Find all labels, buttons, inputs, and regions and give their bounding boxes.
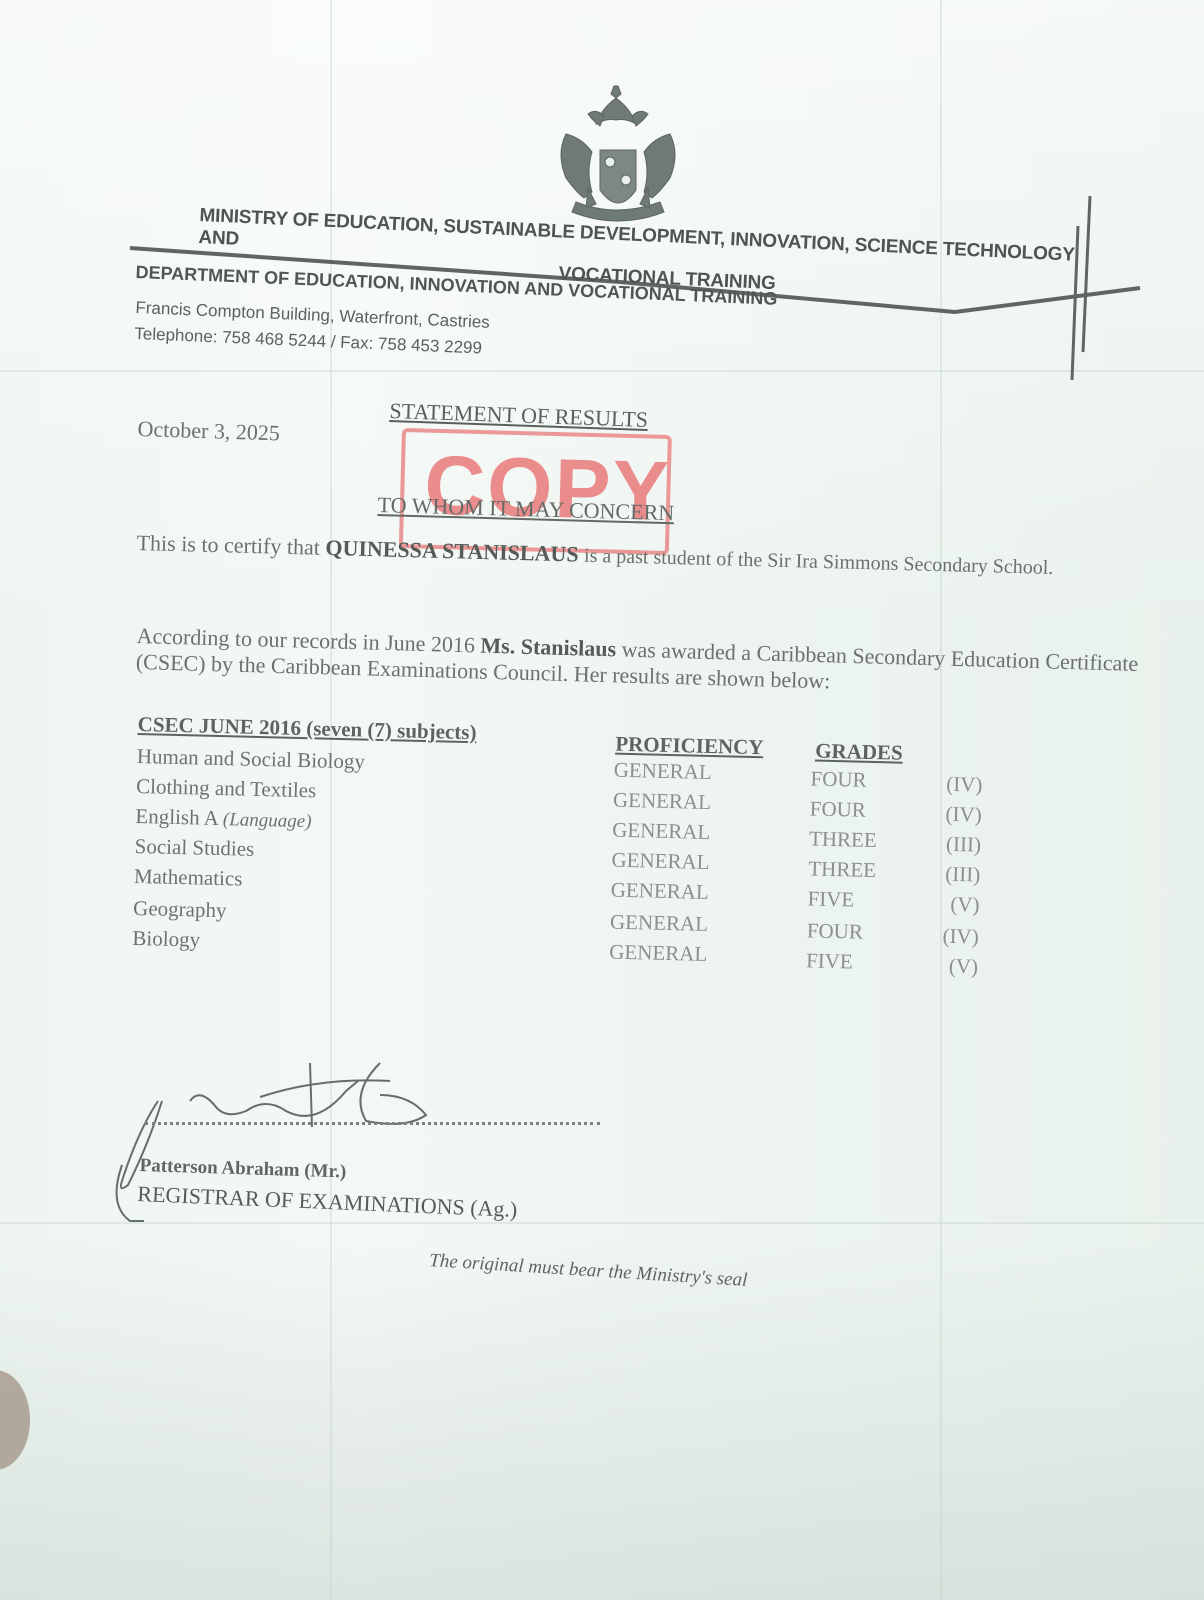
grade-roman: (V): [902, 953, 979, 980]
proficiency-value: GENERAL: [610, 878, 709, 905]
grade-word: FOUR: [807, 918, 864, 944]
subject-name: Clothing and Textiles: [136, 774, 317, 803]
grade-word: FOUR: [810, 796, 867, 822]
proficiency-value: GENERAL: [612, 818, 711, 845]
subject-label: English A: [135, 804, 218, 830]
subject-label: Social Studies: [134, 834, 254, 861]
subject-name: Geography: [133, 896, 227, 923]
grade-word: FIVE: [806, 948, 853, 974]
grade-roman: (V): [903, 891, 980, 918]
signature-line: [145, 1118, 600, 1125]
grade-word: THREE: [808, 856, 876, 883]
subject-name: Social Studies: [134, 834, 254, 862]
subject-label: Clothing and Textiles: [136, 774, 317, 802]
proficiency-value: GENERAL: [609, 940, 708, 967]
proficiency-value: GENERAL: [613, 788, 712, 815]
subject-name: English A (Language): [135, 804, 312, 833]
grade-word: THREE: [809, 826, 877, 853]
subject-label: Mathematics: [134, 864, 243, 891]
student-reference: Ms. Stanislaus: [480, 633, 616, 662]
copy-stamp: COPY: [399, 428, 672, 555]
proficiency-value: GENERAL: [610, 910, 709, 937]
subject-label: Human and Social Biology: [137, 744, 366, 774]
proficiency-value: GENERAL: [611, 848, 710, 875]
subject-label: Biology: [132, 926, 200, 952]
para1-prefix: This is to certify that: [136, 530, 320, 560]
grade-word: FOUR: [810, 766, 867, 792]
document-date: October 3, 2025: [137, 416, 280, 446]
subject-note: (Language): [223, 809, 312, 832]
subject-name: Biology: [132, 926, 200, 953]
subject-label: Geography: [133, 896, 227, 922]
proficiency-value: GENERAL: [613, 758, 712, 785]
results-table: CSEC JUNE 2016 (seven (7) subjects) PROF…: [131, 712, 1017, 1003]
student-name: QUINESSA STANISLAUS: [325, 535, 579, 567]
grade-word: FIVE: [807, 886, 854, 912]
subject-name: Mathematics: [134, 864, 243, 892]
letterhead-rule: [0, 0, 1204, 420]
subject-name: Human and Social Biology: [137, 744, 366, 775]
